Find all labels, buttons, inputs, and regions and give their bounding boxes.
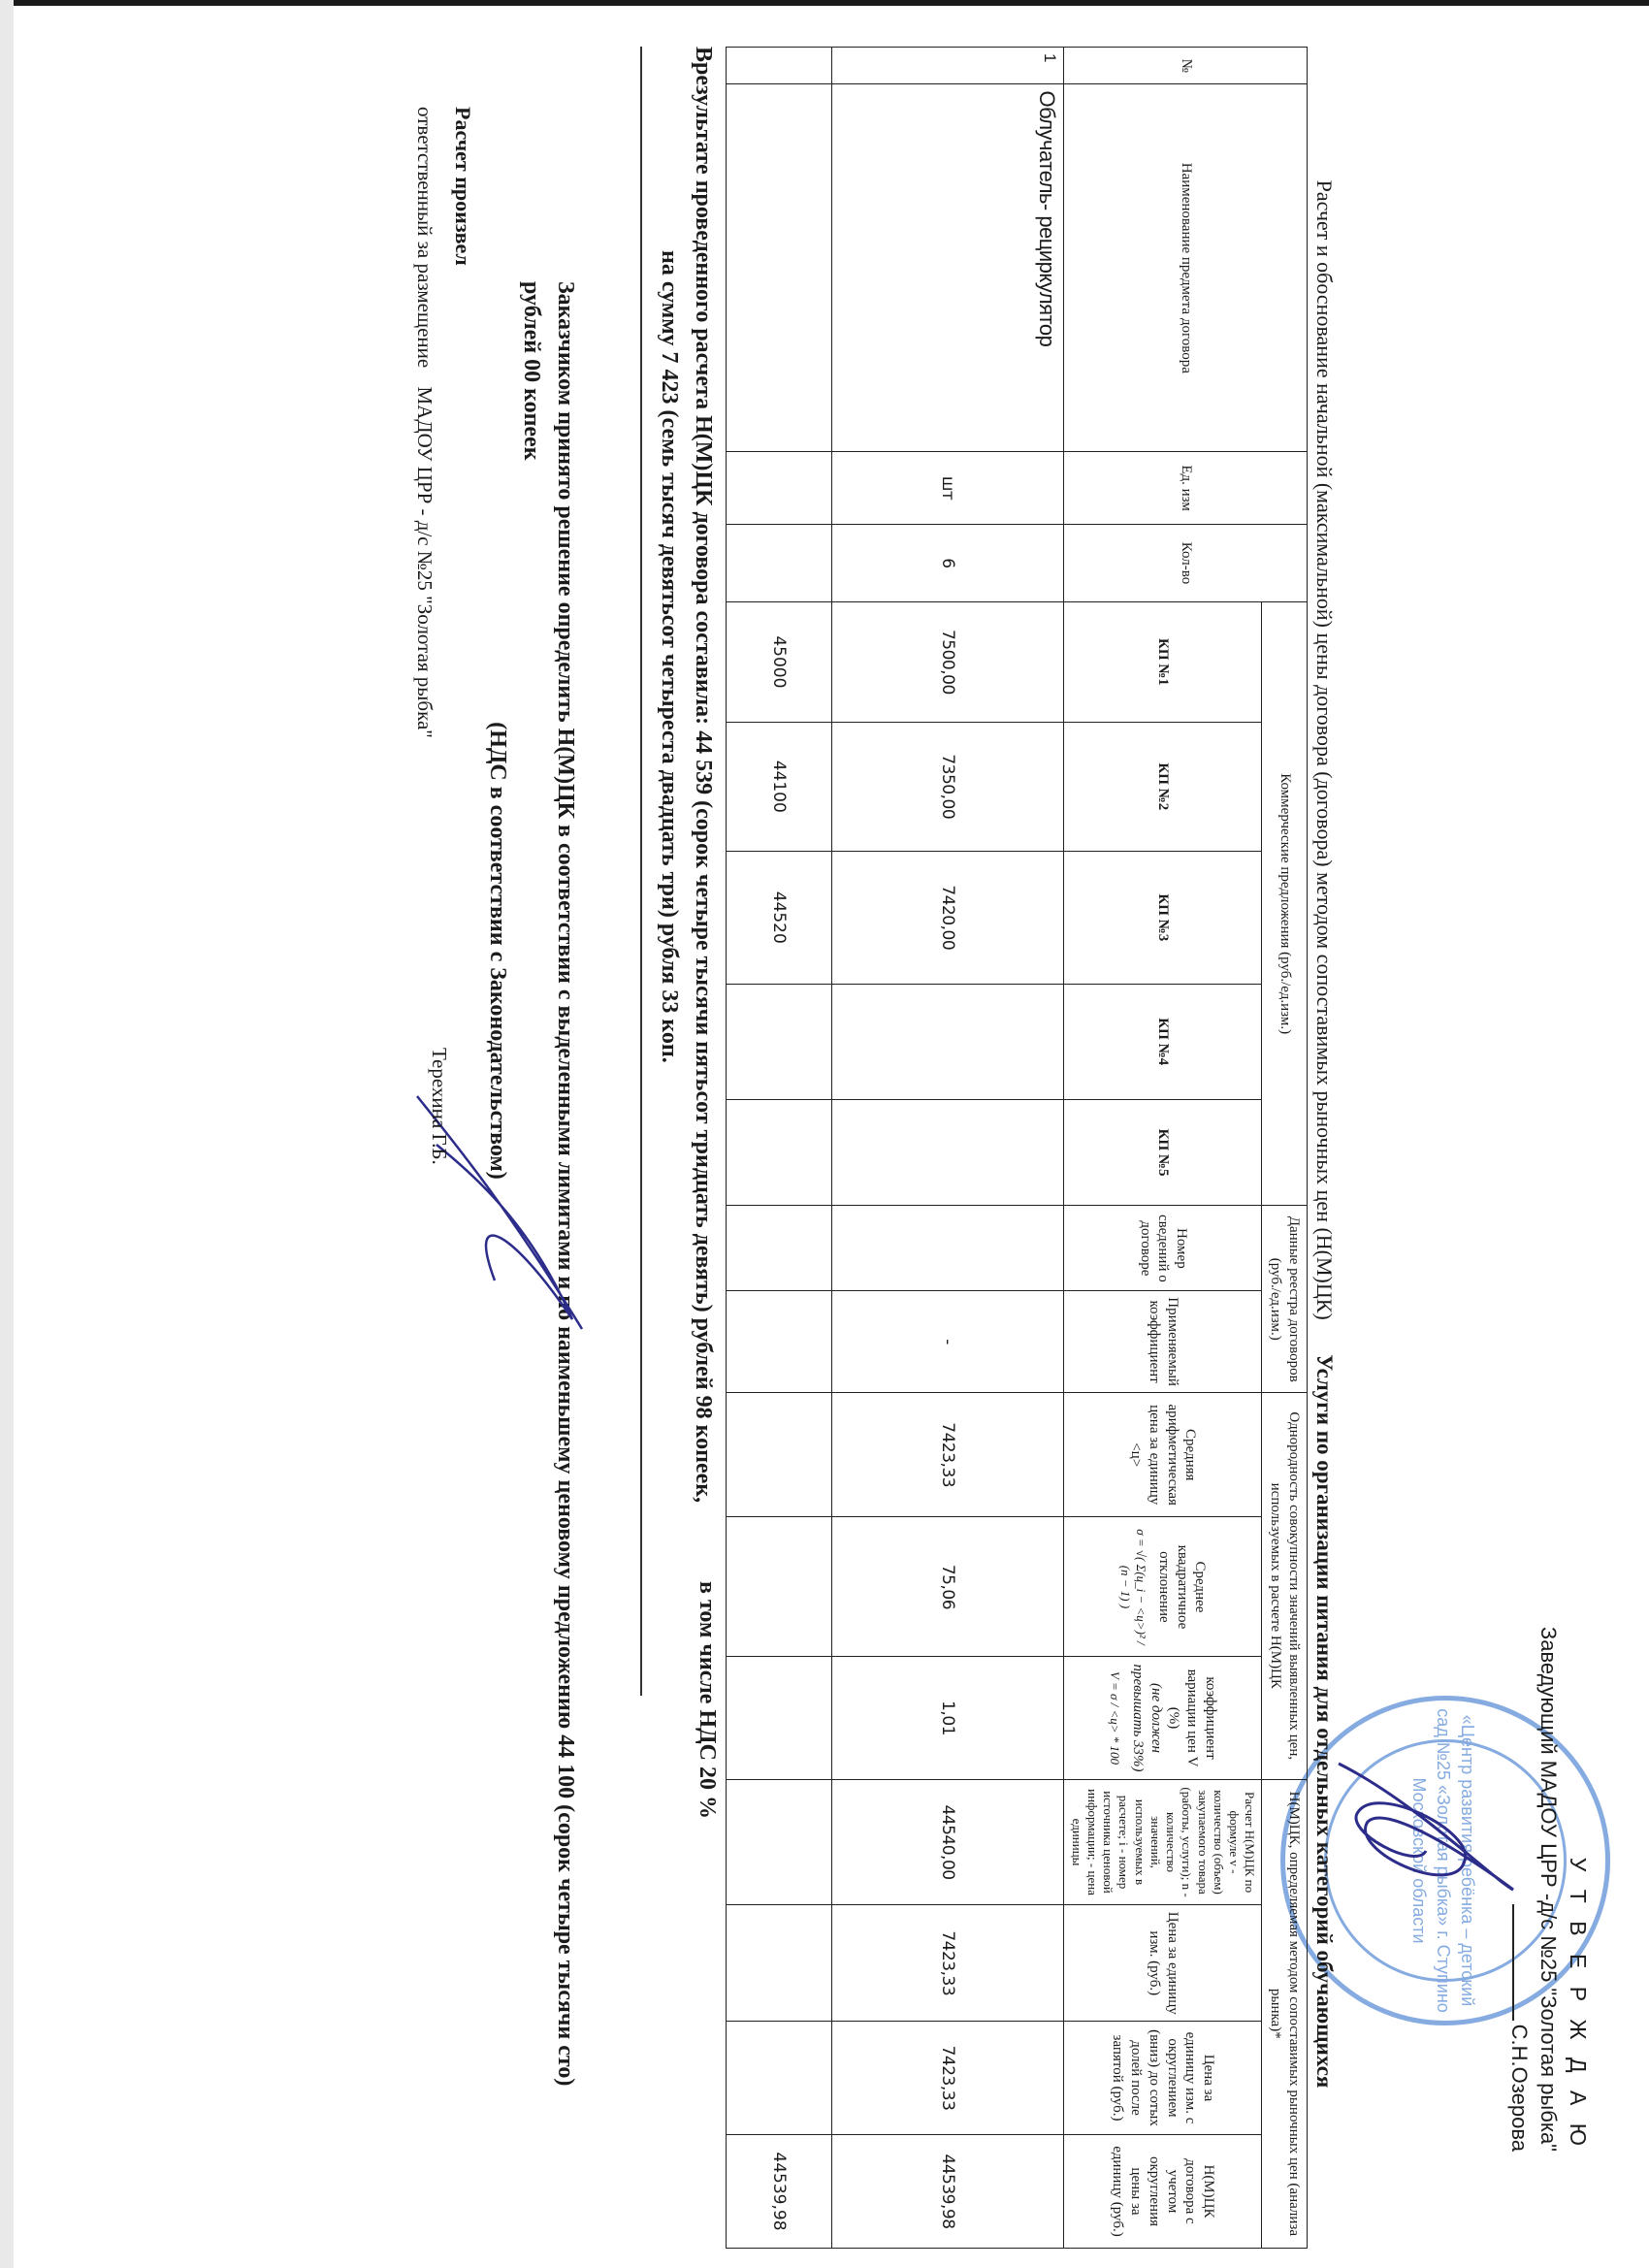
header-nmck-rounded: Н(М)ЦК договора с учетом округления цены… [1064,2134,1262,2248]
cell-num: 1 [832,48,1064,84]
header-qty: Кол-во [1064,525,1308,602]
cell-stddev: 75,06 [832,1517,1064,1657]
approval-block: У Т В Е Р Ж Д А Ю Заведующий МАДОУ ЦРР -… [1505,1627,1593,2152]
title-main: Расчет и обоснование начальной (максимал… [1312,180,1337,1320]
total-kp-1: 45000 [727,601,832,722]
cell-kp-5 [832,1099,1064,1206]
document-title: Расчет и обоснование начальной (максимал… [1311,0,1337,2268]
header-kp-4: КП №4 [1064,984,1262,1099]
header-kp-3: КП №3 [1064,851,1262,984]
header-kp-5: КП №5 [1064,1099,1262,1206]
responsible-line: ответственный за размещение МАДОУ ЦРР - … [412,107,436,738]
calculation-table: № Наименование предмета договора Ед. изм… [727,47,1309,2249]
header-nmck-group: Н(М)ЦК, определяемая методом сопоставимы… [1262,1779,1308,2248]
result-line-2: на сумму 7 423 (семь тысяч девятьсот чет… [652,47,686,1890]
cell-unit: шт [832,452,1064,525]
cell-registry-number [832,1206,1064,1291]
header-kp-1: КП №1 [1064,601,1262,722]
made-by-label: Расчет произвел [450,107,475,266]
header-registry-group: Данные реестра договоров (руб./ед.изм.) [1262,1206,1308,1392]
cell-qty: 6 [832,525,1064,602]
stddev-formula: σ = √( Σ(ц_i − <ц>)² / (n − 1) ) [1117,1523,1149,1650]
vat-note: в том числе НДС 20 % [694,1581,720,1819]
header-registry-number: Номер сведений о договоре [1064,1206,1262,1291]
table-row: 1 Облучатель- рециркулятор шт 6 7500,00 … [832,48,1064,2249]
cell-name: Облучатель- рециркулятор [832,84,1064,452]
header-unit: Ед. изм [1064,452,1308,525]
cell-variation: 1,01 [832,1657,1064,1779]
header-stddev-label: Среднее квадратичное отклонение [1154,1523,1209,1650]
totals-row: 45000 44100 44520 44539,98 [727,48,832,2249]
header-stddev: Среднее квадратичное отклонение σ = √( Σ… [1064,1517,1262,1657]
responsible-label: ответственный за размещение [413,107,436,368]
header-variation: коэффициент вариации цен V (%) (не долже… [1064,1657,1262,1779]
header-unit-price-rounded: Цена за единицу изм. с округлением (вниз… [1064,2022,1262,2135]
document-page: «Центр развития ребёнка – детский сад №2… [0,0,1649,2268]
signature-icon [1319,1744,1533,1919]
header-kp-2: КП №2 [1064,722,1262,851]
divider [640,47,642,1696]
cell-nmck-calc: 44540,00 [832,1779,1064,1905]
header-unit-price: Цена за единицу изм. (руб.) [1064,1905,1262,2022]
total-nmck-rounded: 44539,98 [727,2134,832,2248]
variation-formula: V = σ / <ц> * 100 [1107,1663,1122,1772]
total-kp-3: 44520 [727,851,832,984]
executor-name: Терехина Г.Б. [427,1048,451,1165]
cell-nmck-rounded: 44539,98 [832,2134,1064,2248]
cell-kp-4 [832,984,1064,1099]
header-kp-group: Коммерческие предложения (руб./ед.изм.) [1262,601,1308,1206]
approval-title: У Т В Е Р Ж Д А Ю [1563,1627,1593,2152]
total-kp-5 [727,1099,832,1206]
header-variation-label: коэффициент вариации цен V (%) [1165,1663,1219,1772]
approval-name: С.Н.Озерова [1507,2025,1532,2152]
header-num: № [1064,48,1308,84]
signature-line [1512,1904,1514,2021]
cell-registry-coefficient: - [832,1291,1064,1393]
header-registry-coefficient: Применяемый коэффициент [1064,1291,1262,1393]
cell-kp-2: 7350,00 [832,722,1064,851]
cell-unit-price: 7423,33 [832,1905,1064,2022]
responsible-org: МАДОУ ЦРР - д/с №25 "Золотая рыбка" [413,386,436,737]
cell-unit-price-rounded: 7423,33 [832,2022,1064,2135]
cell-kp-3: 7420,00 [832,851,1064,984]
total-kp-4 [727,984,832,1099]
cell-kp-1: 7500,00 [832,601,1064,722]
header-nmck-formula: Расчет Н(М)ЦК по формуле v - количество … [1064,1779,1262,1905]
approval-position: Заведующий МАДОУ ЦРР -д/с №25 "Золотая р… [1534,1627,1563,2152]
cell-mean: 7423,33 [832,1392,1064,1517]
total-kp-2: 44100 [727,722,832,851]
header-mean: Средняя арифметическая цена за единицу <… [1064,1392,1262,1517]
header-name: Наименование предмета договора [1064,84,1308,452]
header-homogeneity-group: Однородность совокупности значений выявл… [1262,1392,1308,1779]
title-subject: Услуги по организации питания для отдель… [1312,1354,1337,2088]
variation-note: (не должен превышать 33%) [1128,1663,1165,1772]
